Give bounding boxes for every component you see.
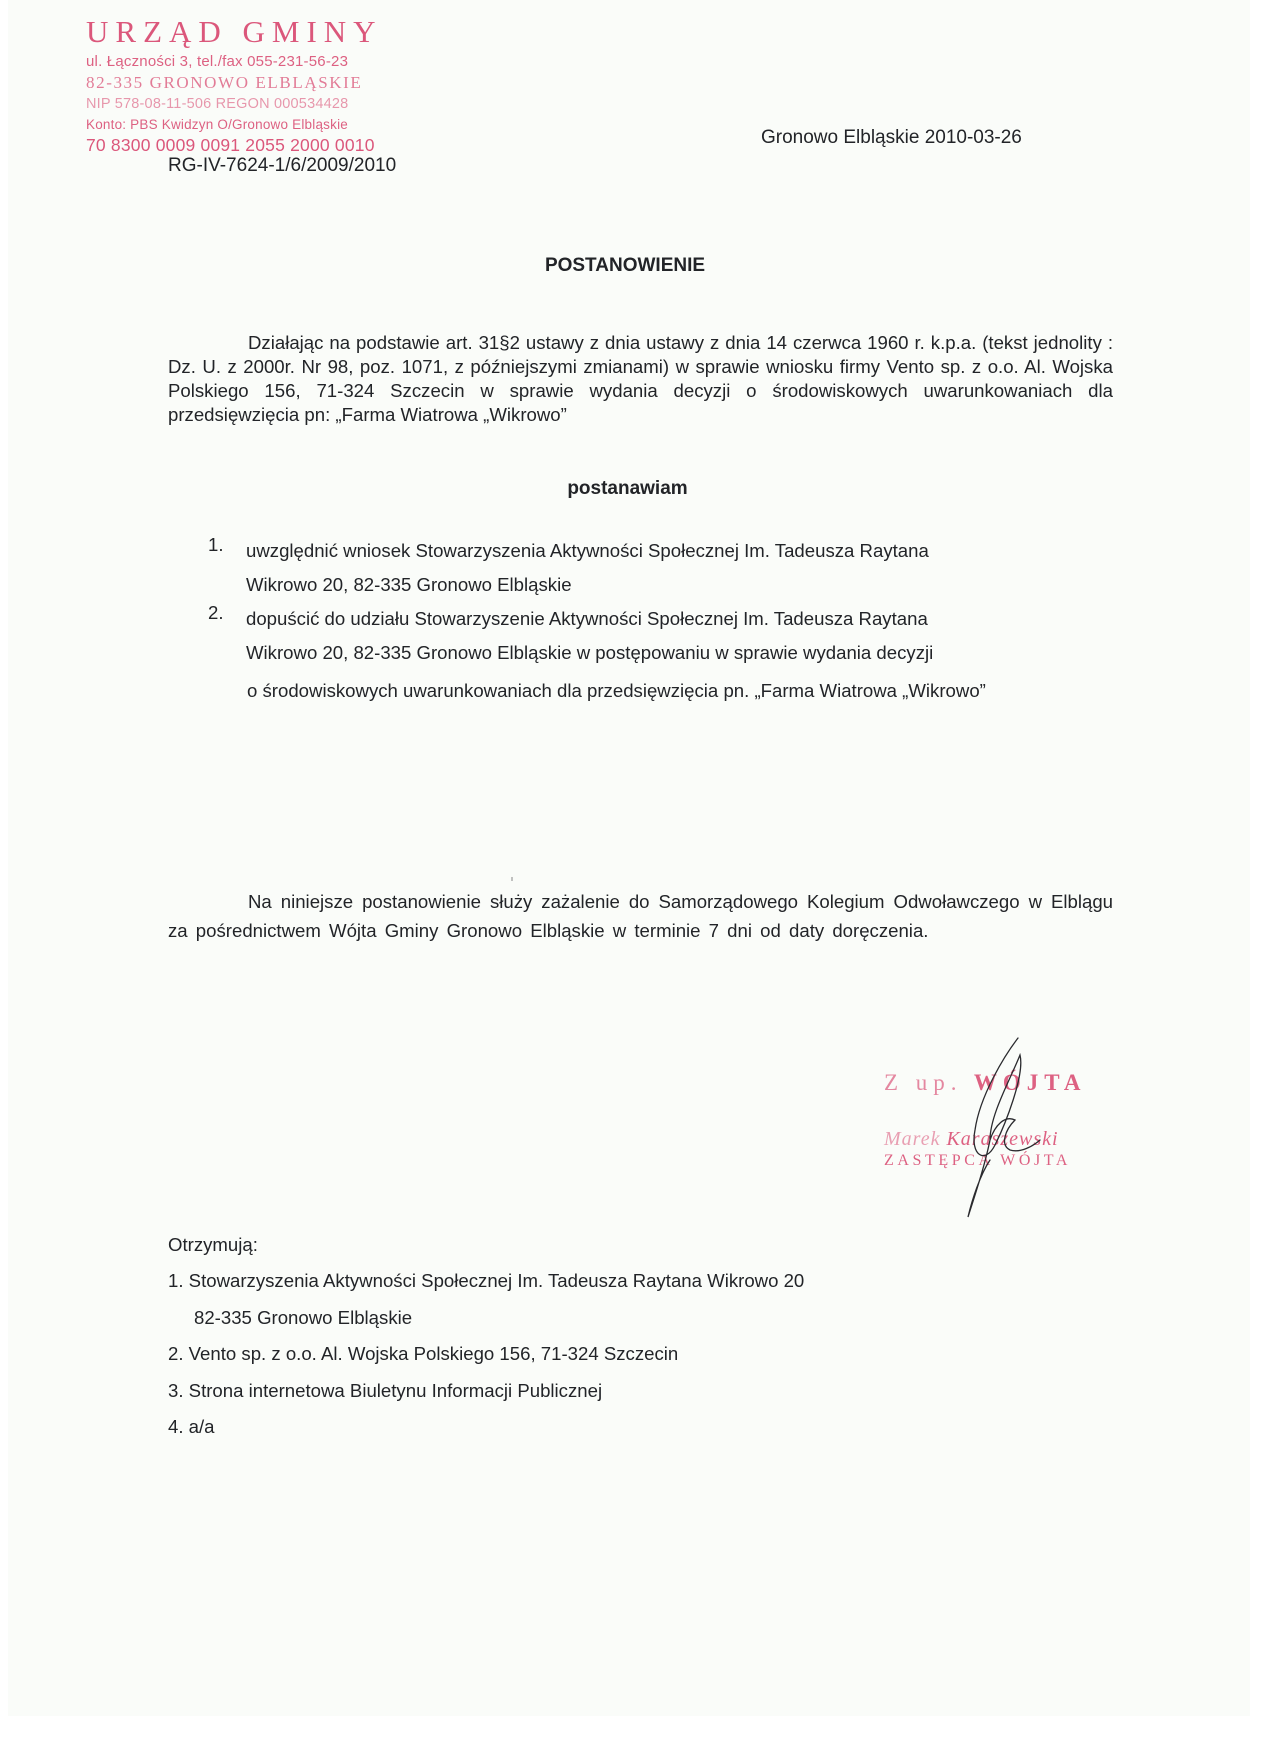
appeal-paragraph: Na niniejsze postanowienie służy zażalen… bbox=[168, 887, 1113, 945]
decision-line: Wikrowo 20, 82-335 Gronowo Elbląskie w p… bbox=[246, 636, 986, 670]
decision-line: Wikrowo 20, 82-335 Gronowo Elbląskie bbox=[246, 568, 986, 602]
recipient-item: 4. a/a bbox=[168, 1409, 804, 1446]
reference-number: RG-IV-7624-1/6/2009/2010 bbox=[168, 155, 396, 177]
intro-paragraph: Działając na podstawie art. 31§2 ustawy … bbox=[168, 331, 1113, 427]
decision-item: 2. dopuścić do udziału Stowarzyszenie Ak… bbox=[208, 602, 986, 708]
office-stamp-address: ul. Łączności 3, tel./fax 055-231-56-23 bbox=[86, 53, 348, 70]
decision-line: uwzględnić wniosek Stowarzyszenia Aktywn… bbox=[246, 534, 986, 568]
document-title: POSTANOWIENIE bbox=[0, 255, 1250, 277]
office-stamp-nip-regon: NIP 578-08-11-506 REGON 000534428 bbox=[86, 96, 348, 112]
decision-line: o środowiskowych uwarunkowaniach dla prz… bbox=[247, 674, 986, 708]
handwritten-signature-icon bbox=[950, 1035, 1060, 1220]
recipients-section: Otrzymują: 1. Stowarzyszenia Aktywności … bbox=[168, 1227, 804, 1446]
signer-first-name: Marek bbox=[884, 1128, 940, 1150]
office-stamp-city: 82-335 GRONOWO ELBLĄSKIE bbox=[86, 73, 362, 93]
decision-list: 1. uwzględnić wniosek Stowarzyszenia Akt… bbox=[208, 534, 986, 708]
recipient-item-continuation: 82-335 Gronowo Elbląskie bbox=[168, 1300, 804, 1337]
scan-speck bbox=[511, 877, 513, 881]
office-stamp-bank: Konto: PBS Kwidzyn O/Gronowo Elbląskie bbox=[86, 117, 348, 132]
document-title-text: POSTANOWIENIE bbox=[545, 255, 705, 276]
decision-number: 1. bbox=[208, 534, 238, 556]
recipient-item: 1. Stowarzyszenia Aktywności Społecznej … bbox=[168, 1263, 804, 1300]
office-stamp-title: URZĄD GMINY bbox=[86, 14, 383, 50]
decision-line: dopuścić do udziału Stowarzyszenie Aktyw… bbox=[246, 602, 986, 636]
recipient-item: 3. Strona internetowa Biuletynu Informac… bbox=[168, 1373, 804, 1410]
recipients-heading: Otrzymują: bbox=[168, 1227, 804, 1263]
decision-heading: postanawiam bbox=[0, 478, 1250, 500]
place-date: Gronowo Elbląskie 2010-03-26 bbox=[761, 127, 1022, 149]
decision-heading-text: postanawiam bbox=[567, 478, 687, 499]
decision-number: 2. bbox=[208, 602, 238, 624]
recipient-item: 2. Vento sp. z o.o. Al. Wojska Polskiego… bbox=[168, 1336, 804, 1373]
decision-item: 1. uwzględnić wniosek Stowarzyszenia Akt… bbox=[208, 534, 986, 602]
office-stamp-account: 70 8300 0009 0091 2055 2000 0010 bbox=[86, 135, 375, 156]
